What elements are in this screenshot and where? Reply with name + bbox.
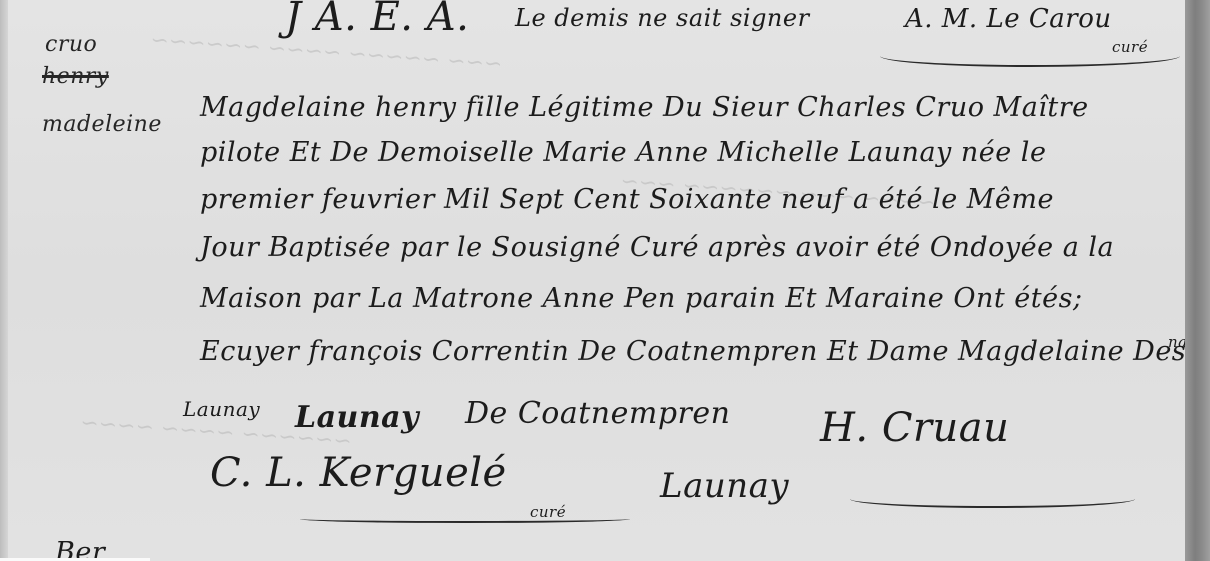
page-left-edge xyxy=(0,0,8,561)
signature-cruau: H. Cruau xyxy=(820,405,1009,451)
header-text: Le demis ne sait signer xyxy=(515,4,810,32)
record-line-6: Ecuyer françois Correntin De Coatnempren… xyxy=(200,336,1185,367)
officiant-name: A. M. Le Carou xyxy=(905,4,1112,34)
signature-kerguele: C. L. Kerguelé xyxy=(210,450,507,496)
record-line-1: Magdelaine henry fille Légitime Du Sieur… xyxy=(200,92,1089,123)
record-line-7: Launay xyxy=(183,397,260,421)
margin-struck-name: henry xyxy=(42,64,109,89)
header-flourish xyxy=(880,45,1180,67)
record-line-3: premier feuvrier Mil Sept Cent Soixante … xyxy=(200,184,1054,215)
record-line-4: Jour Baptisée par le Sousigné Curé après… xyxy=(200,232,1114,263)
signature-coatnempren: De Coatnempren xyxy=(465,396,730,431)
interlinear-insert: nai xyxy=(1168,333,1185,351)
signature-underline xyxy=(300,515,630,523)
signature-flourish xyxy=(850,490,1135,508)
signature-launay: Launay xyxy=(295,400,419,435)
header-initials: J A. E. A. xyxy=(285,0,469,40)
margin-surname: cruo xyxy=(45,32,97,57)
record-line-5: Maison par La Matrone Anne Pen parain Et… xyxy=(200,283,1083,314)
record-line-2: pilote Et De Demoiselle Marie Anne Miche… xyxy=(200,137,1046,168)
book-spine xyxy=(1185,0,1210,561)
margin-given-name: madeleine xyxy=(42,112,162,137)
register-page: ~~~ ~~~~~ ~~~~ ~~~~~~ ~~~~ ~~~ ~~~~~~ ~~… xyxy=(0,0,1185,561)
signature-launay-2: Launay xyxy=(660,466,789,506)
